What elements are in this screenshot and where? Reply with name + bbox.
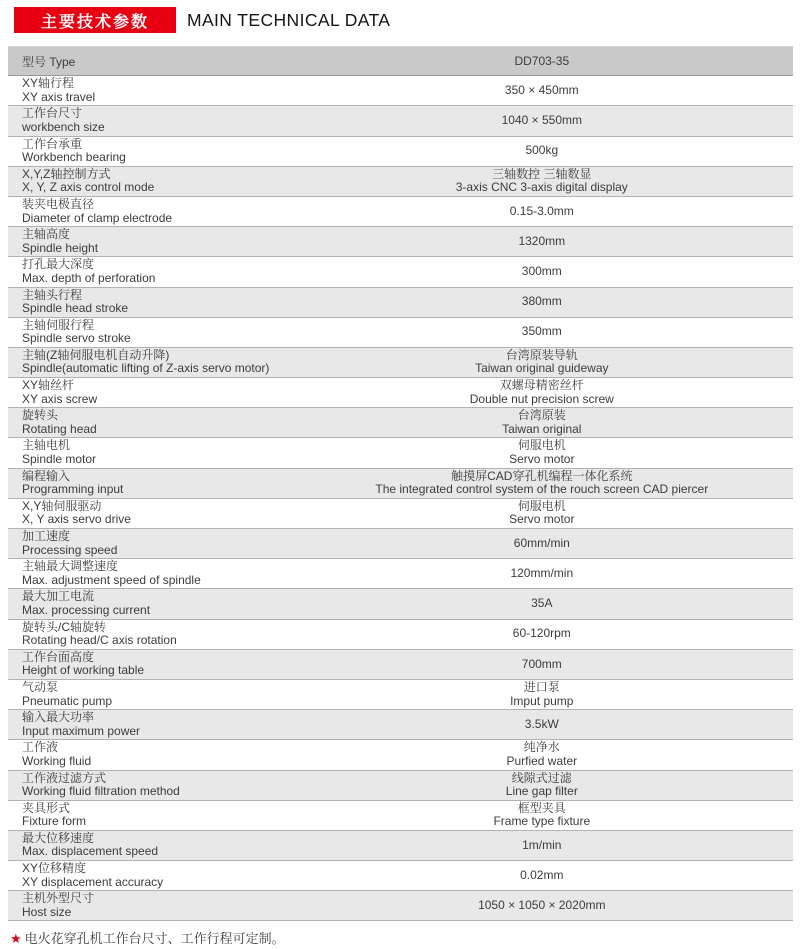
row-value: 0.02mm [291,869,793,883]
row-label-en: Pneumatic pump [22,695,291,709]
row-label: X,Y轴伺服驱动X, Y axis servo drive [8,500,291,527]
row-label-en: Spindle(automatic lifting of Z-axis serv… [22,362,291,376]
row-value-line: 700mm [291,658,793,672]
title-badge: 主要技术参数 [14,7,176,33]
row-label-en: Rotating head [22,423,291,437]
row-label-zh: XY位移精度 [22,862,291,876]
row-label: XY位移精度XY displacement accuracy [8,862,291,889]
row-value-line: 300mm [291,265,793,279]
row-label-zh: 主轴最大调整速度 [22,560,291,574]
footnote-text: 电火花穿孔机工作台尺寸、工作行程可定制。 [25,931,285,946]
row-value: 350mm [291,325,793,339]
row-label: 最大加工电流Max. processing current [8,590,291,617]
table-row: 最大加工电流Max. processing current35A [8,589,793,619]
row-value: 线隙式过滤Line gap filter [291,772,793,799]
row-label-en: workbench size [22,121,291,135]
row-label-zh: 装夹电极直径 [22,198,291,212]
row-value: 0.15-3.0mm [291,205,793,219]
row-label: 工作液过滤方式Working fluid filtration method [8,772,291,799]
row-label: XY轴丝杆XY axis screw [8,379,291,406]
row-label: 打孔最大深度Max. depth of perforation [8,258,291,285]
row-value-line: 500kg [291,144,793,158]
row-label: 编程输入Programming input [8,470,291,497]
table-row: XY轴丝杆XY axis screw双螺母精密丝杆Double nut prec… [8,378,793,408]
row-label-zh: 加工速度 [22,530,291,544]
row-value-line: 1040 × 550mm [291,114,793,128]
row-label: X,Y,Z轴控制方式X, Y, Z axis control mode [8,168,291,195]
row-label-en: Spindle servo stroke [22,332,291,346]
row-label-zh: XY轴行程 [22,77,291,91]
row-label: 装夹电极直径Diameter of clamp electrode [8,198,291,225]
table-header-value: DD703-35 [291,54,793,68]
row-label: 主轴电机Spindle motor [8,439,291,466]
row-label: 夹具形式Fixture form [8,802,291,829]
row-label-en: Max. adjustment speed of spindle [22,574,291,588]
row-label-zh: 旋转头/C轴旋转 [22,621,291,635]
spec-table: 型号 Type DD703-35 XY轴行程XY axis travel350 … [8,46,793,921]
row-value: 300mm [291,265,793,279]
row-value-line: 350mm [291,325,793,339]
row-label: 输入最大功率Input maximum power [8,711,291,738]
table-row: 主轴伺服行程Spindle servo stroke350mm [8,318,793,348]
row-label-zh: X,Y轴伺服驱动 [22,500,291,514]
row-value-line: The integrated control system of the rou… [291,483,793,497]
row-value-line: 0.15-3.0mm [291,205,793,219]
table-row: 编程输入Programming input触摸屏CAD穿孔机编程一体化系统The… [8,469,793,499]
table-row: 主轴头行程Spindle head stroke380mm [8,288,793,318]
table-row: 打孔最大深度Max. depth of perforation300mm [8,257,793,287]
row-value: 35A [291,597,793,611]
row-value-line: 3-axis CNC 3-axis digital display [291,181,793,195]
row-value-line: 三轴数控 三轴数显 [291,168,793,182]
row-value-line: Taiwan original [291,423,793,437]
row-value-line: 0.02mm [291,869,793,883]
row-value-line: 框型夹具 [291,802,793,816]
row-label: 气动泵Pneumatic pump [8,681,291,708]
row-value-line: 台湾原装 [291,409,793,423]
row-label-zh: 气动泵 [22,681,291,695]
row-value-line: 台湾原装导轨 [291,349,793,363]
row-value: 380mm [291,295,793,309]
row-value: 纯净水Purfied water [291,741,793,768]
row-label-en: Working fluid [22,755,291,769]
table-header-label: 型号 Type [8,53,291,70]
row-label-en: Fixture form [22,815,291,829]
row-label: XY轴行程XY axis travel [8,77,291,104]
row-value: 120mm/min [291,567,793,581]
row-label: 旋转头/C轴旋转Rotating head/C axis rotation [8,621,291,648]
row-label-zh: 打孔最大深度 [22,258,291,272]
table-row: 主轴电机Spindle motor伺服电机Servo motor [8,438,793,468]
row-value: 框型夹具Frame type fixture [291,802,793,829]
row-value-line: 60-120rpm [291,627,793,641]
row-value: 1040 × 550mm [291,114,793,128]
table-row: X,Y轴伺服驱动X, Y axis servo drive伺服电机Servo m… [8,499,793,529]
row-label-en: XY axis travel [22,91,291,105]
row-label: 主轴高度Spindle height [8,228,291,255]
row-value: 1m/min [291,839,793,853]
row-label-en: Input maximum power [22,725,291,739]
row-label: 主轴头行程Spindle head stroke [8,289,291,316]
row-label-en: XY displacement accuracy [22,876,291,890]
row-value: 700mm [291,658,793,672]
row-label-zh: 主轴高度 [22,228,291,242]
row-value: 触摸屏CAD穿孔机编程一体化系统The integrated control s… [291,470,793,497]
table-row: 旋转头/C轴旋转Rotating head/C axis rotation60-… [8,620,793,650]
row-value: 伺服电机Servo motor [291,500,793,527]
row-value-line: 双螺母精密丝杆 [291,379,793,393]
row-label-en: Max. displacement speed [22,845,291,859]
row-value-line: Double nut precision screw [291,393,793,407]
row-value-line: Line gap filter [291,785,793,799]
row-label-en: Max. processing current [22,604,291,618]
table-row: 旋转头Rotating head台湾原装Taiwan original [8,408,793,438]
row-value-line: Frame type fixture [291,815,793,829]
table-row: 主机外型尺寸Host size1050 × 1050 × 2020mm [8,891,793,921]
main-content: 型号 Type DD703-35 XY轴行程XY axis travel350 … [0,46,800,947]
row-label-en: Max. depth of perforation [22,272,291,286]
row-label-en: Spindle motor [22,453,291,467]
row-value-line: Imput pump [291,695,793,709]
row-label-zh: 主轴电机 [22,439,291,453]
row-value-line: Taiwan original guideway [291,362,793,376]
row-value-line: 线隙式过滤 [291,772,793,786]
row-label-zh: 最大位移速度 [22,832,291,846]
row-label-zh: X,Y,Z轴控制方式 [22,168,291,182]
row-label-zh: 主轴(Z轴伺服电机自动升降) [22,349,291,363]
table-row: 主轴(Z轴伺服电机自动升降)Spindle(automatic lifting … [8,348,793,378]
footnote: ★电火花穿孔机工作台尺寸、工作行程可定制。 [10,928,800,947]
row-value-line: 350 × 450mm [291,84,793,98]
row-value-line: 35A [291,597,793,611]
row-value: 进口泵Imput pump [291,681,793,708]
row-value-line: 进口泵 [291,681,793,695]
row-label-zh: 输入最大功率 [22,711,291,725]
row-label: 工作液Working fluid [8,741,291,768]
row-value-line: Purfied water [291,755,793,769]
row-value-line: 触摸屏CAD穿孔机编程一体化系统 [291,470,793,484]
row-label: 主轴最大调整速度Max. adjustment speed of spindle [8,560,291,587]
row-label: 加工速度Processing speed [8,530,291,557]
table-row: XY轴行程XY axis travel350 × 450mm [8,76,793,106]
row-value: 台湾原装Taiwan original [291,409,793,436]
row-label-en: Processing speed [22,544,291,558]
row-label: 工作台承重Workbench bearing [8,138,291,165]
row-value: 60mm/min [291,537,793,551]
row-value: 60-120rpm [291,627,793,641]
page-title: MAIN TECHNICAL DATA [187,10,390,31]
row-value-line: 1320mm [291,235,793,249]
table-row: 工作液Working fluid纯净水Purfied water [8,740,793,770]
table-row: 加工速度Processing speed60mm/min [8,529,793,559]
table-row: XY位移精度XY displacement accuracy0.02mm [8,861,793,891]
row-value: 双螺母精密丝杆Double nut precision screw [291,379,793,406]
row-label: 主机外型尺寸Host size [8,892,291,919]
row-label-en: X, Y axis servo drive [22,513,291,527]
row-value-line: 1050 × 1050 × 2020mm [291,899,793,913]
row-value: 伺服电机Servo motor [291,439,793,466]
row-label-en: Spindle height [22,242,291,256]
row-value-line: Servo motor [291,513,793,527]
row-label-en: Height of working table [22,664,291,678]
table-row: 装夹电极直径Diameter of clamp electrode0.15-3.… [8,197,793,227]
row-label-zh: 主机外型尺寸 [22,892,291,906]
row-label-zh: 主轴伺服行程 [22,319,291,333]
row-value-line: 伺服电机 [291,439,793,453]
row-label-en: Spindle head stroke [22,302,291,316]
row-label-zh: 主轴头行程 [22,289,291,303]
row-value-line: 纯净水 [291,741,793,755]
row-label: 主轴(Z轴伺服电机自动升降)Spindle(automatic lifting … [8,349,291,376]
row-value-line: 3.5kW [291,718,793,732]
table-row: 输入最大功率Input maximum power3.5kW [8,710,793,740]
row-label-zh: 工作台面高度 [22,651,291,665]
row-value: 350 × 450mm [291,84,793,98]
row-value: 500kg [291,144,793,158]
table-row: 工作台尺寸workbench size1040 × 550mm [8,106,793,136]
table-row: 夹具形式Fixture form框型夹具Frame type fixture [8,801,793,831]
spec-table-body: XY轴行程XY axis travel350 × 450mm工作台尺寸workb… [8,76,793,921]
row-label-en: Rotating head/C axis rotation [22,634,291,648]
row-label-en: Working fluid filtration method [22,785,291,799]
row-value-line: 60mm/min [291,537,793,551]
row-label-en: XY axis screw [22,393,291,407]
row-label-zh: 工作液 [22,741,291,755]
row-label-zh: XY轴丝杆 [22,379,291,393]
row-label-en: Programming input [22,483,291,497]
row-value-line: 120mm/min [291,567,793,581]
row-label-zh: 工作台承重 [22,138,291,152]
row-value-line: 伺服电机 [291,500,793,514]
table-row: 工作台面高度Height of working table700mm [8,650,793,680]
row-value: 台湾原装导轨Taiwan original guideway [291,349,793,376]
row-label-zh: 最大加工电流 [22,590,291,604]
page-header: 主要技术参数 MAIN TECHNICAL DATA [0,0,800,33]
row-label: 工作台尺寸workbench size [8,107,291,134]
row-label-zh: 夹具形式 [22,802,291,816]
row-value: 3.5kW [291,718,793,732]
row-label: 主轴伺服行程Spindle servo stroke [8,319,291,346]
table-row: 工作台承重Workbench bearing500kg [8,137,793,167]
row-label-en: Diameter of clamp electrode [22,212,291,226]
row-value-line: Servo motor [291,453,793,467]
table-header-row: 型号 Type DD703-35 [8,46,793,76]
row-label: 旋转头Rotating head [8,409,291,436]
table-row: 主轴高度Spindle height1320mm [8,227,793,257]
row-label-en: X, Y, Z axis control mode [22,181,291,195]
row-value: 三轴数控 三轴数显3-axis CNC 3-axis digital displ… [291,168,793,195]
title-badge-label: 主要技术参数 [41,9,149,32]
row-label: 工作台面高度Height of working table [8,651,291,678]
star-icon: ★ [10,931,22,946]
row-label: 最大位移速度Max. displacement speed [8,832,291,859]
row-value: 1050 × 1050 × 2020mm [291,899,793,913]
table-row: 最大位移速度Max. displacement speed1m/min [8,831,793,861]
row-label-en: Host size [22,906,291,920]
table-row: 气动泵Pneumatic pump进口泵Imput pump [8,680,793,710]
row-label-zh: 编程输入 [22,470,291,484]
row-label-zh: 工作液过滤方式 [22,772,291,786]
row-label-zh: 旋转头 [22,409,291,423]
table-row: 工作液过滤方式Working fluid filtration method线隙… [8,771,793,801]
table-row: X,Y,Z轴控制方式X, Y, Z axis control mode三轴数控 … [8,167,793,197]
row-label-zh: 工作台尺寸 [22,107,291,121]
row-label-en: Workbench bearing [22,151,291,165]
row-value-line: 380mm [291,295,793,309]
row-value-line: 1m/min [291,839,793,853]
row-value: 1320mm [291,235,793,249]
table-row: 主轴最大调整速度Max. adjustment speed of spindle… [8,559,793,589]
